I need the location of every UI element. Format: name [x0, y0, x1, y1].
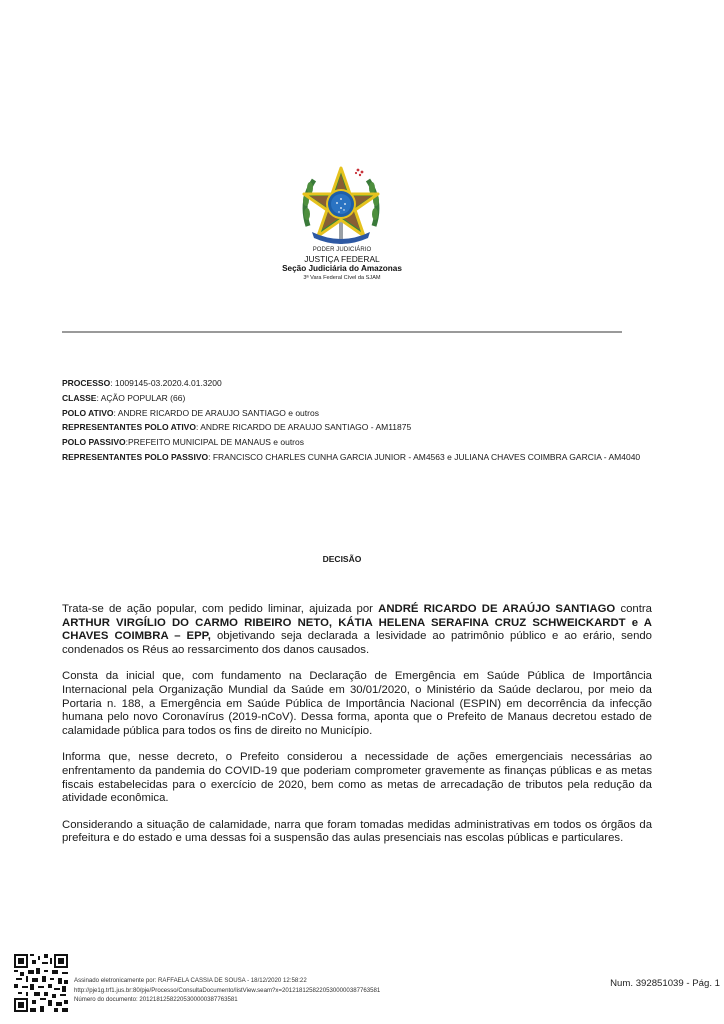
classe-label: CLASSE — [62, 393, 96, 403]
case-processo: PROCESSO: 1009145-03.2020.4.01.3200 — [62, 376, 652, 391]
signature-info: Assinado eletronicamente por: RAFFAELA C… — [74, 976, 380, 1005]
processo-value: : 1009145-03.2020.4.01.3200 — [110, 378, 222, 388]
polo-passivo-value: :PREFEITO MUNICIPAL DE MANAUS e outros — [126, 437, 304, 447]
page-number: Num. 392851039 - Pág. 1 — [610, 978, 720, 989]
polo-passivo-label: POLO PASSIVO — [62, 437, 126, 447]
paragraph-2: Consta da inicial que, com fundamento na… — [62, 670, 652, 738]
rep-polo-passivo-label: REPRESENTANTES POLO PASSIVO — [62, 452, 208, 462]
header-vara: 3ª Vara Federal Cível da SJAM — [0, 276, 684, 282]
polo-ativo-label: POLO ATIVO — [62, 408, 113, 418]
header-secao: Seção Judiciária do Amazonas — [0, 265, 684, 273]
qr-code-icon[interactable] — [14, 954, 68, 1012]
p1-plaintiff: ANDRÉ RICARDO DE ARAÚJO SANTIAGO — [378, 603, 615, 615]
case-rep-polo-passivo: REPRESENTANTES POLO PASSIVO: FRANCISCO C… — [62, 450, 652, 465]
case-polo-ativo: POLO ATIVO: ANDRE RICARDO DE ARAUJO SANT… — [62, 406, 652, 421]
polo-ativo-value: : ANDRE RICARDO DE ARAUJO SANTIAGO e out… — [113, 408, 318, 418]
document-number: Número do documento: 2012181258220530000… — [74, 995, 380, 1005]
rep-polo-passivo-value: : FRANCISCO CHARLES CUNHA GARCIA JUNIOR … — [208, 452, 640, 462]
paragraph-4: Considerando a situação de calamidade, n… — [62, 819, 652, 846]
rep-polo-ativo-label: REPRESENTANTES POLO ATIVO — [62, 422, 196, 432]
rep-polo-ativo-value: : ANDRE RICARDO DE ARAUJO SANTIAGO - AM1… — [196, 422, 411, 432]
case-classe: CLASSE: AÇÃO POPULAR (66) — [62, 391, 652, 406]
case-rep-polo-ativo: REPRESENTANTES POLO ATIVO: ANDRE RICARDO… — [62, 420, 652, 435]
header-justica: JUSTIÇA FEDERAL — [0, 255, 684, 263]
header-divider — [62, 331, 622, 333]
processo-label: PROCESSO — [62, 378, 110, 388]
decision-body: Trata-se de ação popular, com pedido lim… — [62, 603, 652, 859]
case-info: PROCESSO: 1009145-03.2020.4.01.3200 CLAS… — [62, 376, 652, 465]
classe-value: : AÇÃO POPULAR (66) — [96, 393, 185, 403]
header-poder: PODER JUDICIÁRIO — [0, 247, 684, 253]
case-polo-passivo: POLO PASSIVO:PREFEITO MUNICIPAL DE MANAU… — [62, 435, 652, 450]
p1-text-1: Trata-se de ação popular, com pedido lim… — [62, 603, 378, 615]
document-url[interactable]: http://pje1g.trf1.jus.br:80/pje/Processo… — [74, 986, 380, 996]
brazil-coat-of-arms-icon — [298, 166, 384, 248]
signed-by: Assinado eletronicamente por: RAFFAELA C… — [74, 976, 380, 986]
paragraph-3: Informa que, nesse decreto, o Prefeito c… — [62, 751, 652, 805]
document-page: PODER JUDICIÁRIO JUSTIÇA FEDERAL Seção J… — [0, 0, 724, 1024]
decision-title: DECISÃO — [0, 554, 684, 564]
p1-text-2: contra — [615, 603, 652, 615]
court-header: PODER JUDICIÁRIO JUSTIÇA FEDERAL Seção J… — [0, 247, 684, 281]
paragraph-1: Trata-se de ação popular, com pedido lim… — [62, 603, 652, 657]
